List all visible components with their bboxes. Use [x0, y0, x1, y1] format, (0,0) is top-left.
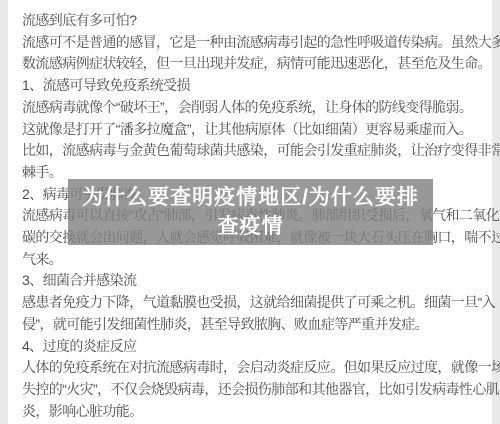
article-question-title: 流感到底有多可怕?	[22, 10, 478, 32]
article-line: 比如，流感病毒与金黄色葡萄球菌共感染，可能会引发重症肺炎，让治疗变得非常	[22, 140, 478, 162]
article-line: 流感可不是普通的感冒，它是一种由流感病毒引起的急性呼吸道传染病。虽然大多	[22, 32, 478, 54]
page: 流感到底有多可怕? 流感可不是普通的感冒，它是一种由流感病毒引起的急性呼吸道传染…	[0, 0, 500, 424]
watermark-title-line: 为什么要查明疫情地区/为什么要排	[82, 183, 419, 212]
article-line: 数流感病例症状较轻，但一旦出现并发症，病情可能迅速恶化，甚至危及生命。	[22, 53, 478, 75]
article-line: 流感病毒就像个“破坏王”，会削弱人体的免疫系统，让身体的防线变得脆弱。	[22, 97, 478, 119]
article-heading-3: 3、细菌合并感染流	[22, 270, 478, 292]
article-line: 气来。	[22, 249, 478, 271]
watermark-overlay: 为什么要查明疫情地区/为什么要排 查疫情	[68, 179, 433, 245]
watermark-title-line: 查疫情	[218, 212, 284, 241]
article-line: 侵”，就可能引发细菌性肺炎，甚至导致脓胸、败血症等严重并发症。	[22, 314, 478, 336]
article-heading-4: 4、过度的炎症反应	[22, 336, 478, 358]
article-line: 人体的免疫系统在对抗流感病毒时，会启动炎症反应。但如果反应过度，就像一场	[22, 357, 478, 379]
article-line: 炎，影响心脏功能。	[22, 401, 478, 423]
article-line: 失控的“火灾”，不仅会烧毁病毒，还会损伤肺部和其他器官，比如引发病毒性心肌	[22, 379, 478, 401]
article-heading-1: 1、流感可导致免疫系统受损	[22, 75, 478, 97]
article-line: 感患者免疫力下降，气道黏膜也受损，这就给细菌提供了可乘之机。细菌一旦“入	[22, 292, 478, 314]
article-line: 这就像是打开了“潘多拉魔盒”，让其他病原体（比如细菌）更容易乘虚而入。	[22, 119, 478, 141]
